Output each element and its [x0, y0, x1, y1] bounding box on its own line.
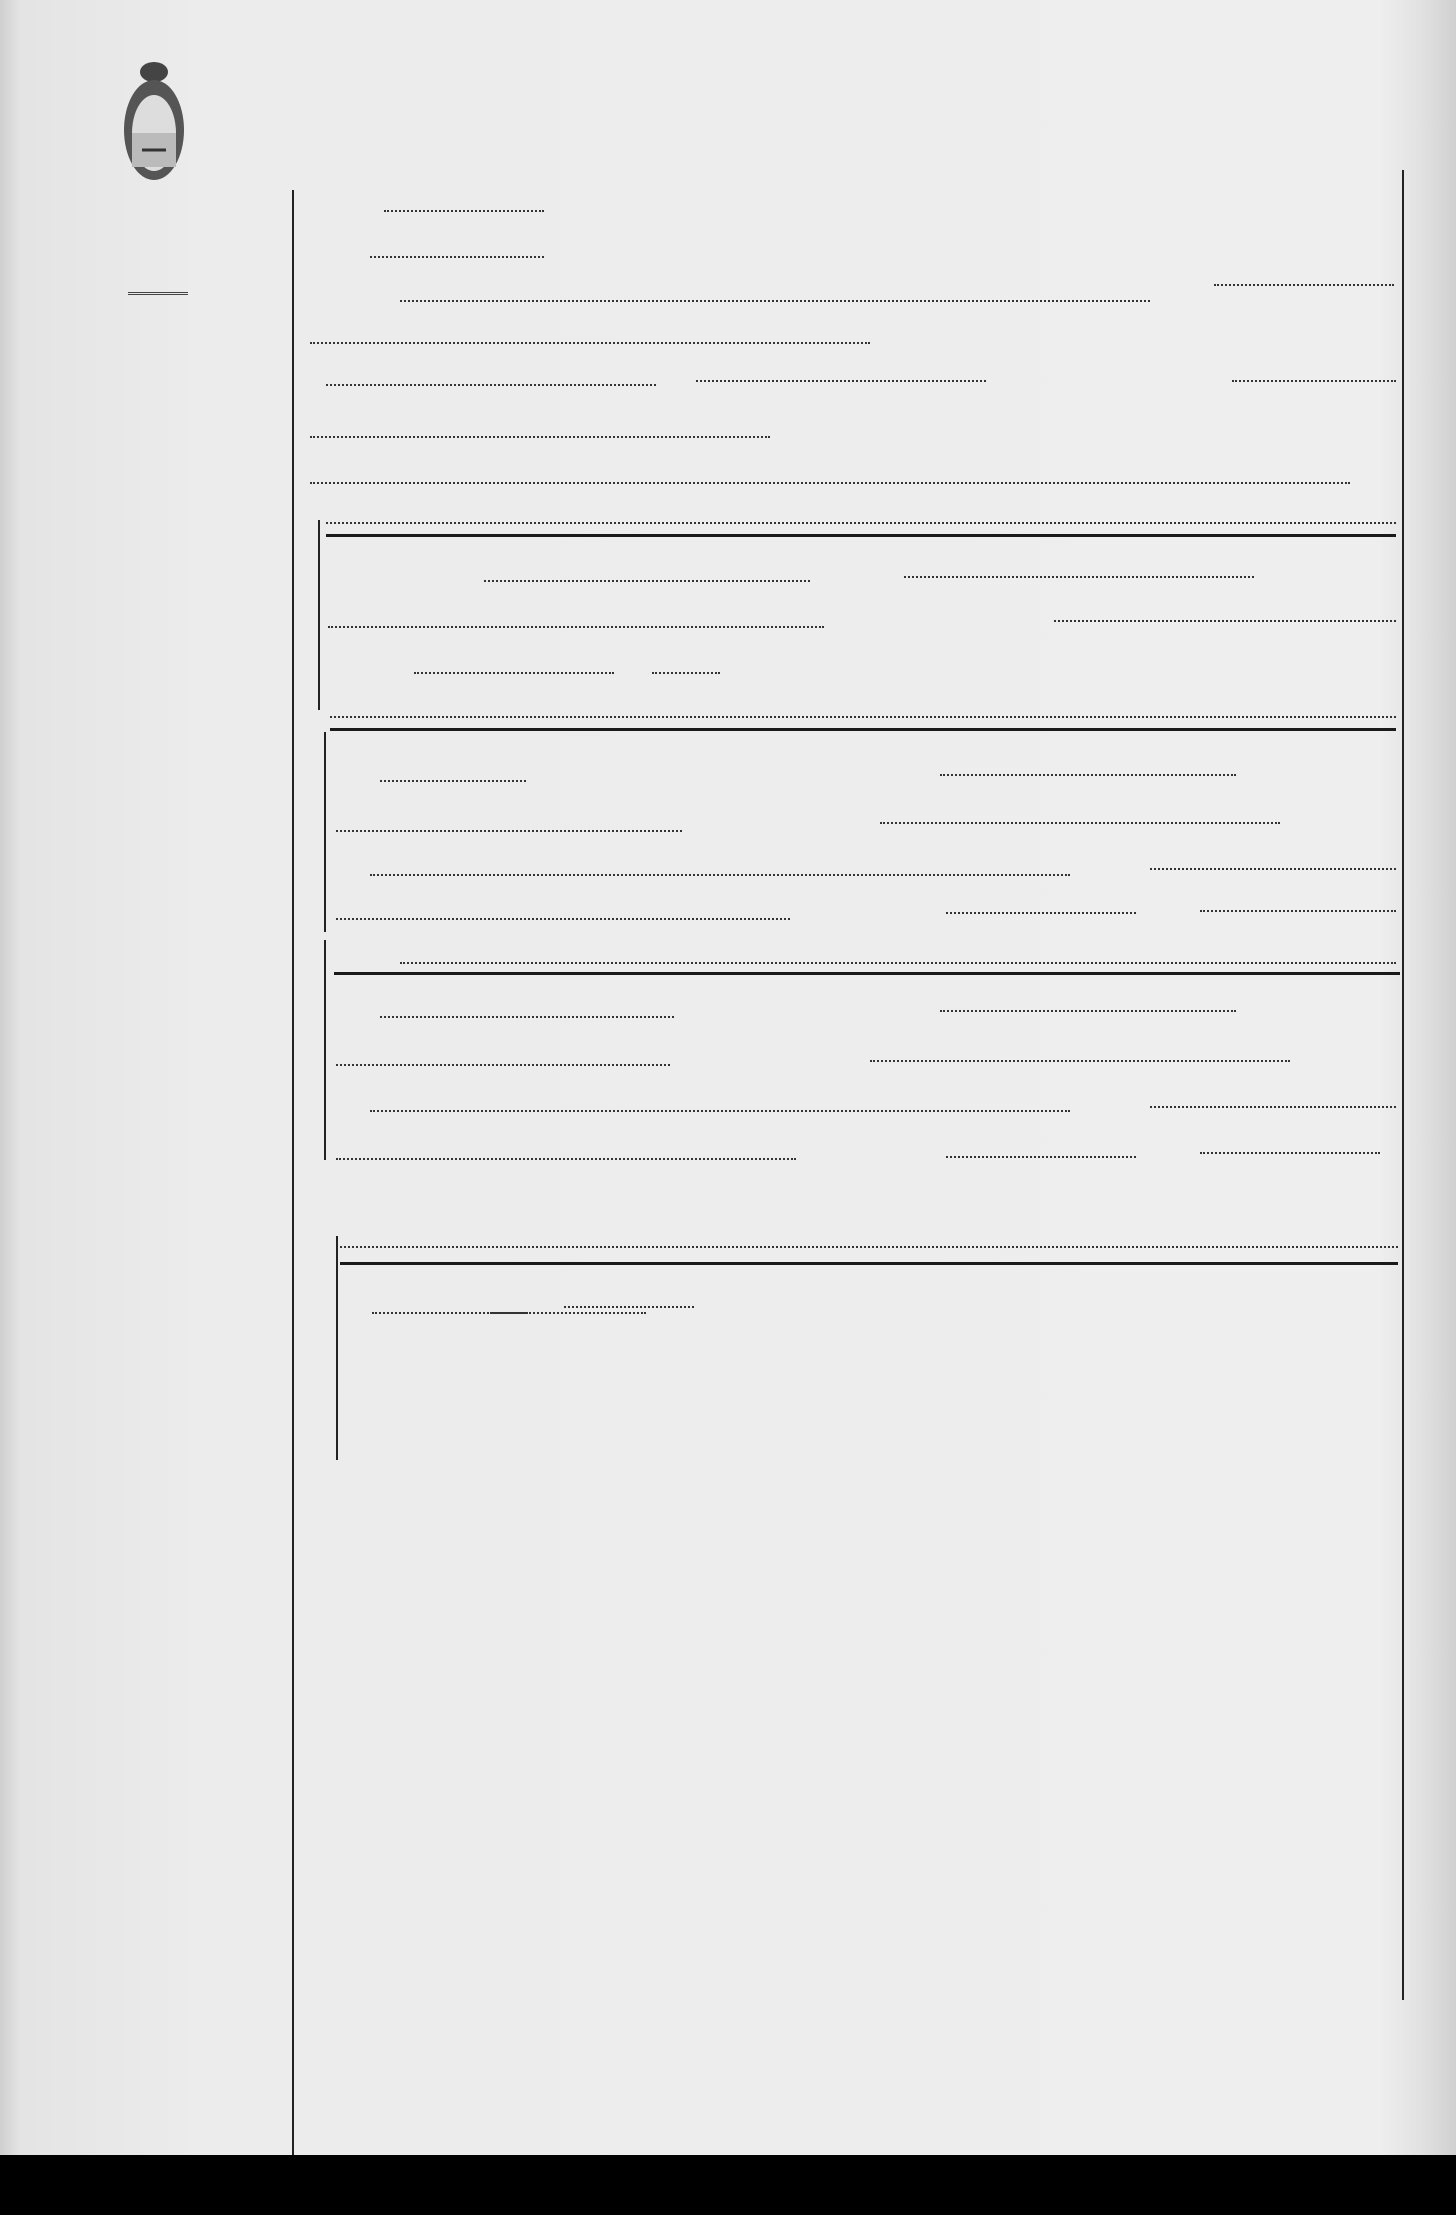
prof-line: [336, 830, 682, 832]
nac-line[interactable]: [490, 1312, 646, 1314]
father-line: [370, 1110, 1070, 1112]
document-page: [0, 0, 1456, 2155]
tomo-line: [370, 256, 544, 258]
month-line: [328, 626, 824, 628]
padre-bracket: [324, 732, 326, 932]
padre-rule: [330, 728, 1396, 731]
seccion-line: [384, 210, 544, 212]
ci-line: [946, 1156, 1136, 1158]
prof-line: [336, 1064, 670, 1066]
madre-rule: [334, 972, 1400, 975]
padre-name-line: [330, 716, 1396, 718]
declarante-rule: [340, 1262, 1398, 1265]
sexo-line: [414, 672, 614, 674]
declarante-name-line: [340, 1246, 1398, 1248]
madre-bracket: [324, 940, 326, 1160]
year-cont-line: [310, 436, 770, 438]
divider: [128, 292, 188, 295]
hij-line: [652, 672, 720, 674]
year-line: [1232, 380, 1396, 382]
en-line: [1214, 284, 1394, 286]
coat-of-arms-icon: [118, 58, 190, 188]
nacido-rule: [326, 534, 1396, 537]
left-rule: [292, 190, 294, 2155]
day-line: [904, 576, 1254, 578]
madre-name-line: [400, 962, 1396, 964]
mother-cont-line: [336, 918, 790, 920]
mother-line: [1150, 1106, 1396, 1108]
act-line: [310, 482, 1350, 484]
year-line: [1054, 620, 1396, 622]
numero-line: [400, 300, 1150, 302]
month-line: [696, 380, 986, 382]
father-line: [370, 874, 1070, 876]
right-rule: [1402, 170, 1404, 2000]
nacido-bracket: [318, 520, 320, 710]
a-line: [326, 384, 656, 386]
le-line: [1200, 1152, 1380, 1154]
place-line: [310, 342, 870, 344]
le-line: [1200, 910, 1396, 912]
hour-line: [484, 580, 810, 582]
edad-line: [380, 780, 526, 782]
edad-line-pad: [564, 1306, 694, 1308]
edad-line: [380, 1016, 674, 1018]
nac-line: [940, 774, 1236, 776]
nac-line: [940, 1010, 1236, 1012]
dom-line: [870, 1060, 1290, 1062]
dom-line: [880, 822, 1280, 824]
declarante-bracket: [336, 1236, 338, 1460]
mother-line: [1150, 868, 1396, 870]
mother-cont-line: [336, 1158, 796, 1160]
ci-line: [946, 912, 1136, 914]
nacido-name-line: [326, 522, 1396, 524]
